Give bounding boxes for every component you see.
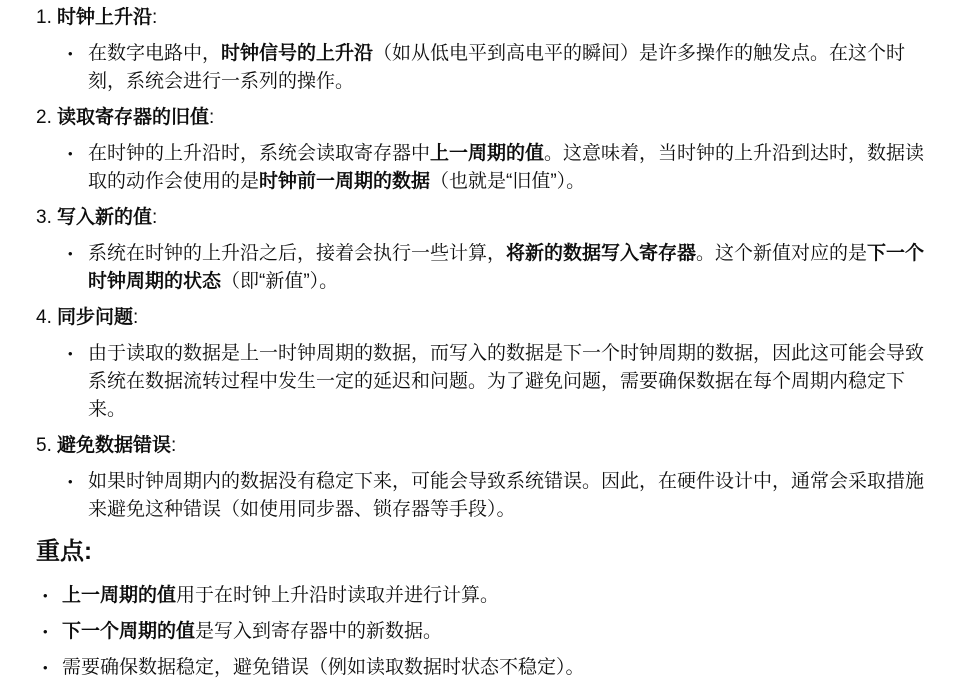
key-point-item: • 需要确保数据稳定，避免错误（例如读取数据时状态不稳定）。 <box>43 654 926 682</box>
list-item: 3. 写入新的值: • 系统在时钟的上升沿之后，接着会执行一些计算，将新的数据写… <box>36 204 926 296</box>
item-number: 5. <box>36 432 57 460</box>
item-title-line: 5. 避免数据错误: <box>36 432 926 460</box>
item-detail: 在数字电路中，时钟信号的上升沿（如从低电平到高电平的瞬间）是许多操作的触发点。在… <box>88 40 926 96</box>
item-title: 写入新的值 <box>57 207 152 228</box>
key-points-list: • 上一周期的值用于在时钟上升沿时读取并进行计算。 • 下一个周期的值是写入到寄… <box>43 582 926 682</box>
key-point-item: • 上一周期的值用于在时钟上升沿时读取并进行计算。 <box>43 582 926 610</box>
document-body: 1. 时钟上升沿: • 在数字电路中，时钟信号的上升沿（如从低电平到高电平的瞬间… <box>0 0 966 694</box>
item-title: 时钟上升沿 <box>57 7 152 28</box>
item-detail: 系统在时钟的上升沿之后，接着会执行一些计算，将新的数据写入寄存器。这个新值对应的… <box>88 240 926 296</box>
item-title-wrap: 写入新的值: <box>57 204 157 232</box>
key-point-text: 上一周期的值用于在时钟上升沿时读取并进行计算。 <box>62 582 926 610</box>
item-title-wrap: 避免数据错误: <box>57 432 176 460</box>
list-item: 1. 时钟上升沿: • 在数字电路中，时钟信号的上升沿（如从低电平到高电平的瞬间… <box>36 4 926 96</box>
item-detail: 如果时钟周期内的数据没有稳定下来，可能会导致系统错误。因此，在硬件设计中，通常会… <box>88 468 926 524</box>
item-number: 3. <box>36 204 57 232</box>
item-detail: 由于读取的数据是上一时钟周期的数据，而写入的数据是下一个时钟周期的数据，因此这可… <box>88 340 926 424</box>
sub-bullet-row: • 如果时钟周期内的数据没有稳定下来，可能会导致系统错误。因此，在硬件设计中，通… <box>68 468 926 524</box>
list-item: 2. 读取寄存器的旧值: • 在时钟的上升沿时，系统会读取寄存器中上一周期的值。… <box>36 104 926 196</box>
bullet-icon: • <box>68 40 88 96</box>
list-item: 5. 避免数据错误: • 如果时钟周期内的数据没有稳定下来，可能会导致系统错误。… <box>36 432 926 524</box>
bullet-icon: • <box>68 240 88 296</box>
ordered-list: 1. 时钟上升沿: • 在数字电路中，时钟信号的上升沿（如从低电平到高电平的瞬间… <box>36 4 926 524</box>
item-title-colon: : <box>133 307 138 328</box>
bullet-icon: • <box>68 140 88 196</box>
sub-bullet-row: • 由于读取的数据是上一时钟周期的数据，而写入的数据是下一个时钟周期的数据，因此… <box>68 340 926 424</box>
key-point-text: 需要确保数据稳定，避免错误（例如读取数据时状态不稳定）。 <box>62 654 926 682</box>
list-item: 4. 同步问题: • 由于读取的数据是上一时钟周期的数据，而写入的数据是下一个时… <box>36 304 926 424</box>
sub-bullet-row: • 在数字电路中，时钟信号的上升沿（如从低电平到高电平的瞬间）是许多操作的触发点… <box>68 40 926 96</box>
bullet-icon: • <box>43 654 62 682</box>
item-number: 2. <box>36 104 57 132</box>
bullet-icon: • <box>43 618 62 646</box>
item-title-line: 2. 读取寄存器的旧值: <box>36 104 926 132</box>
item-title-wrap: 同步问题: <box>57 304 138 332</box>
item-title-line: 1. 时钟上升沿: <box>36 4 926 32</box>
item-title: 避免数据错误 <box>57 435 171 456</box>
item-title-line: 4. 同步问题: <box>36 304 926 332</box>
sub-bullet-row: • 在时钟的上升沿时，系统会读取寄存器中上一周期的值。这意味着，当时钟的上升沿到… <box>68 140 926 196</box>
item-title-colon: : <box>209 107 214 128</box>
item-title-line: 3. 写入新的值: <box>36 204 926 232</box>
item-title: 同步问题 <box>57 307 133 328</box>
bullet-icon: • <box>68 468 88 524</box>
bullet-icon: • <box>43 582 62 610</box>
item-detail: 在时钟的上升沿时，系统会读取寄存器中上一周期的值。这意味着，当时钟的上升沿到达时… <box>88 140 926 196</box>
item-title-colon: : <box>152 7 157 28</box>
key-points-heading: 重点: <box>36 536 926 568</box>
item-title-colon: : <box>171 435 176 456</box>
item-title: 读取寄存器的旧值 <box>57 107 209 128</box>
item-number: 1. <box>36 4 57 32</box>
key-point-text: 下一个周期的值是写入到寄存器中的新数据。 <box>62 618 926 646</box>
sub-bullet-row: • 系统在时钟的上升沿之后，接着会执行一些计算，将新的数据写入寄存器。这个新值对… <box>68 240 926 296</box>
item-number: 4. <box>36 304 57 332</box>
key-point-item: • 下一个周期的值是写入到寄存器中的新数据。 <box>43 618 926 646</box>
item-title-wrap: 读取寄存器的旧值: <box>57 104 214 132</box>
item-title-wrap: 时钟上升沿: <box>57 4 157 32</box>
bullet-icon: • <box>68 340 88 424</box>
item-title-colon: : <box>152 207 157 228</box>
